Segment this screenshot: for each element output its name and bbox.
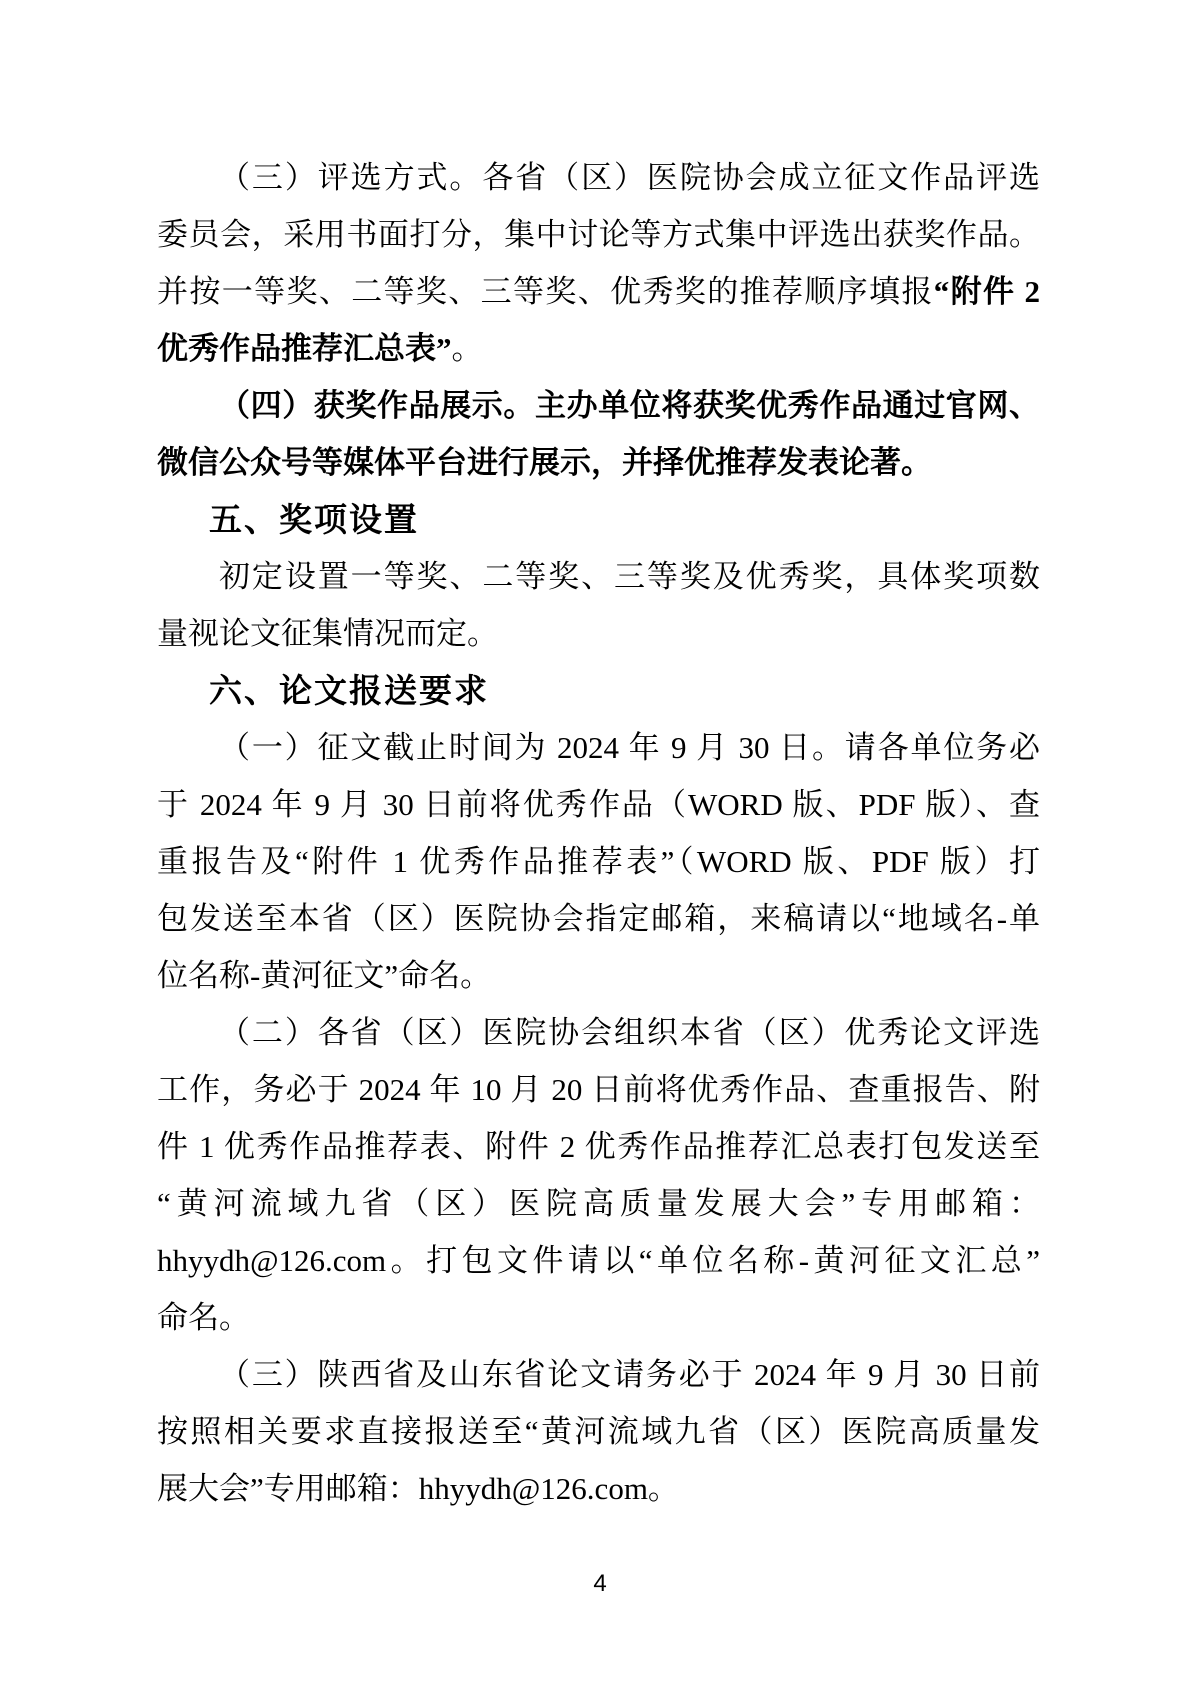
text-run: 按照相关要求直接报送至“黄河流域九省（区）医院高质量发 [157,1414,1040,1449]
text-run: （二）各省（区）医院协会组织本省（区）优秀论文评选 [219,1015,1040,1050]
section-heading-submission-requirements: 六、论文报送要求 [157,662,1040,719]
text-line: （二）各省（区）医院协会组织本省（区）优秀论文评选 [157,1004,1040,1061]
text-line: 工作，务必于 2024 年 10 月 20 日前将优秀作品、查重报告、附 [157,1061,1040,1118]
text-line: 于 2024 年 9 月 30 日前将优秀作品（WORD 版、PDF 版）、查 [157,776,1040,833]
text-line: （四）获奖作品展示。主办单位将获奖优秀作品通过官网、 [157,377,1040,434]
paragraph-item-4-award-display: （四）获奖作品展示。主办单位将获奖优秀作品通过官网、 微信公众号等媒体平台进行展… [157,377,1040,491]
paragraph-awards-detail: 初定设置一等奖、二等奖、三等奖及优秀奖，具体奖项数 量视论文征集情况而定。 [157,548,1040,662]
page-number: 4 [0,1570,1200,1598]
text-line: 按照相关要求直接报送至“黄河流域九省（区）医院高质量发 [157,1403,1040,1460]
text-run: 工作，务必于 2024 年 10 月 20 日前将优秀作品、查重报告、附 [157,1072,1040,1107]
text-line: （三）陕西省及山东省论文请务必于 2024 年 9 月 30 日前 [157,1346,1040,1403]
text-run-bold: 优秀作品推荐汇总表” [157,331,452,366]
text-run: 重报告及“附件 1 优秀作品推荐表”（WORD 版、PDF 版）打 [157,844,1040,879]
text-line: hhyydh@126.com。打包文件请以“单位名称-黄河征文汇总” [157,1232,1040,1289]
text-run: 包发送至本省（区）医院协会指定邮箱，来稿请以“地域名-单 [157,901,1040,936]
text-run: 初定设置一等奖、二等奖、三等奖及优秀奖，具体奖项数 [219,559,1040,594]
text-line: 包发送至本省（区）医院协会指定邮箱，来稿请以“地域名-单 [157,890,1040,947]
section-heading-awards-setup: 五、奖项设置 [157,491,1040,548]
text-line: 委员会，采用书面打分，集中讨论等方式集中评选出获奖作品。 [157,206,1040,263]
text-line: 件 1 优秀作品推荐表、附件 2 优秀作品推荐汇总表打包发送至 [157,1118,1040,1175]
text-run: （一）征文截止时间为 2024 年 9 月 30 日。请各单位务必 [219,730,1040,765]
text-run: 件 1 优秀作品推荐表、附件 2 优秀作品推荐汇总表打包发送至 [157,1129,1040,1164]
paragraph-item-1-deadline: （一）征文截止时间为 2024 年 9 月 30 日。请各单位务必 于 2024… [157,719,1040,1004]
text-run-bold: “附件 2 [934,274,1040,309]
text-line: 并按一等奖、二等奖、三等奖、优秀奖的推荐顺序填报“附件 2 [157,263,1040,320]
text-line: 初定设置一等奖、二等奖、三等奖及优秀奖，具体奖项数 [157,548,1040,605]
text-line: 微信公众号等媒体平台进行展示，并择优推荐发表论著。 [157,434,1040,491]
text-run-bold: 微信公众号等媒体平台进行展示，并择优推荐发表论著。 [157,445,932,480]
section-heading: 五、奖项设置 [157,491,1040,548]
text-run: 并按一等奖、二等奖、三等奖、优秀奖的推荐顺序填报 [157,274,934,309]
text-run: hhyydh@126.com。打包文件请以“单位名称-黄河征文汇总” [157,1243,1040,1278]
text-line: “黄河流域九省（区）医院高质量发展大会”专用邮箱： [157,1175,1040,1232]
paragraph-item-2-provincial-selection: （二）各省（区）医院协会组织本省（区）优秀论文评选 工作，务必于 2024 年 … [157,1004,1040,1346]
text-line: （三）评选方式。各省（区）医院协会成立征文作品评选 [157,149,1040,206]
text-line: （一）征文截止时间为 2024 年 9 月 30 日。请各单位务必 [157,719,1040,776]
text-run: 位名称-黄河征文”命名。 [157,958,491,993]
text-line: 命名。 [157,1289,1040,1346]
paragraph-item-3-shaanxi-shandong: （三）陕西省及山东省论文请务必于 2024 年 9 月 30 日前 按照相关要求… [157,1346,1040,1517]
text-line: 重报告及“附件 1 优秀作品推荐表”（WORD 版、PDF 版）打 [157,833,1040,890]
text-run: 命名。 [157,1300,250,1335]
text-run: 五、奖项设置 [209,501,419,538]
text-run: 六、论文报送要求 [209,672,489,709]
text-run: 委员会，采用书面打分，集中讨论等方式集中评选出获奖作品。 [157,217,1040,252]
text-run: 。 [452,331,483,366]
text-run: （三）评选方式。各省（区）医院协会成立征文作品评选 [219,160,1040,195]
text-run: 于 2024 年 9 月 30 日前将优秀作品（WORD 版、PDF 版）、查 [157,787,1040,822]
text-run: 展大会”专用邮箱：hhyydh@126.com。 [157,1471,679,1506]
paragraph-item-3-selection-method: （三）评选方式。各省（区）医院协会成立征文作品评选 委员会，采用书面打分，集中讨… [157,149,1040,377]
text-run-bold: （四）获奖作品展示。主办单位将获奖优秀作品通过官网、 [219,388,1040,423]
document-body: （三）评选方式。各省（区）医院协会成立征文作品评选 委员会，采用书面打分，集中讨… [157,149,1040,1517]
text-line: 量视论文征集情况而定。 [157,605,1040,662]
section-heading: 六、论文报送要求 [157,662,1040,719]
text-line: 展大会”专用邮箱：hhyydh@126.com。 [157,1460,1040,1517]
text-run: （三）陕西省及山东省论文请务必于 2024 年 9 月 30 日前 [219,1357,1040,1392]
text-line: 位名称-黄河征文”命名。 [157,947,1040,1004]
text-run: 量视论文征集情况而定。 [157,616,498,651]
document-page: （三）评选方式。各省（区）医院协会成立征文作品评选 委员会，采用书面打分，集中讨… [0,0,1200,1697]
text-run: “黄河流域九省（区）医院高质量发展大会”专用邮箱： [157,1186,1040,1221]
text-line: 优秀作品推荐汇总表”。 [157,320,1040,377]
